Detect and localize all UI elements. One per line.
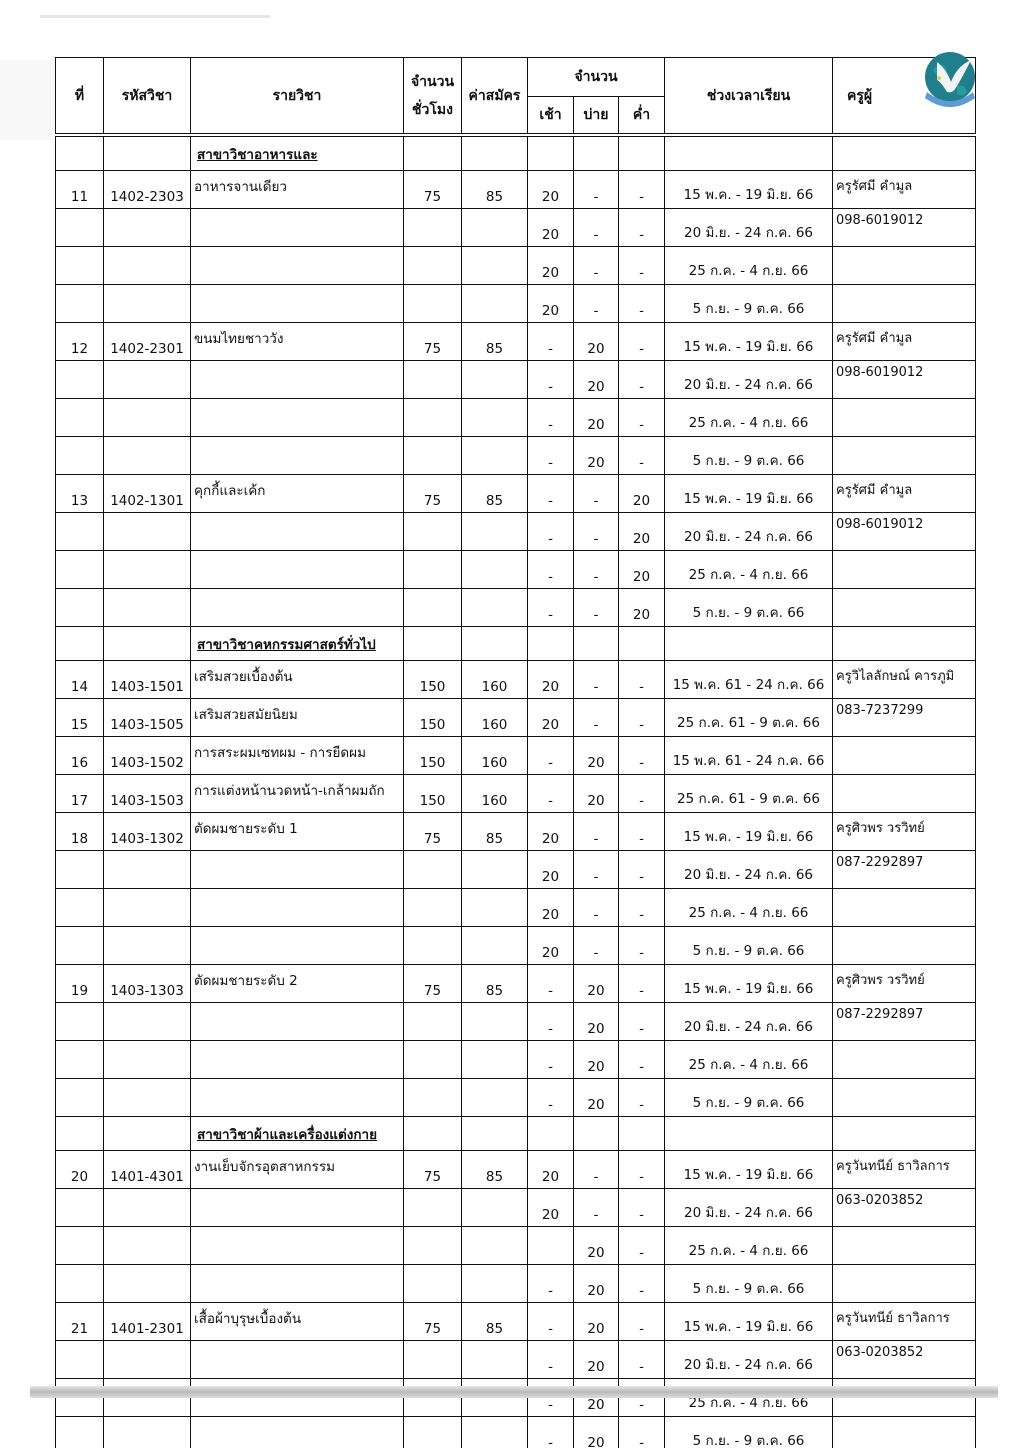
- cell-period: 20 มิ.ย. - 24 ก.ค. 66: [665, 513, 833, 551]
- course-sub-row: 20--20 มิ.ย. - 24 ก.ค. 66098-6019012: [56, 209, 976, 247]
- cell-afternoon: 20: [574, 1417, 619, 1448]
- cell-hours: [404, 209, 462, 247]
- cell-afternoon: -: [574, 699, 619, 737]
- cell-no: 19: [56, 965, 104, 1003]
- cell-hours: 150: [404, 699, 462, 737]
- cell-teacher: 063-0203852: [833, 1189, 976, 1227]
- cell-teacher: 083-7237299: [833, 699, 976, 737]
- cell-hours: [404, 1417, 462, 1448]
- course-schedule-table: ที่ รหัสวิชา รายวิชา จำนวน ชั่วโมง ค่าสม…: [55, 57, 976, 1448]
- cell-fee: [462, 1265, 528, 1303]
- cell-evening: -: [619, 1151, 665, 1189]
- cell-teacher: ครูวิไลลักษณ์ คารภูมิ: [833, 661, 976, 699]
- cell-empty: [665, 135, 833, 171]
- header-fee: ค่าสมัคร: [462, 58, 528, 136]
- cell-hours: [404, 437, 462, 475]
- course-row: 151403-1505เสริมสวยสมัยนิยม15016020--25 …: [56, 699, 976, 737]
- cell-code: 1402-1301: [104, 475, 191, 513]
- cell-code: [104, 627, 191, 661]
- cell-period: 5 ก.ย. - 9 ต.ค. 66: [665, 1265, 833, 1303]
- section-title: สาขาวิชาอาหารและ: [191, 135, 404, 171]
- cell-empty: [619, 627, 665, 661]
- cell-hours: [404, 1189, 462, 1227]
- cell-subject: เสื้อผ้าบุรุษเบื้องต้น: [191, 1303, 404, 1341]
- cell-afternoon: -: [574, 209, 619, 247]
- cell-evening: -: [619, 1265, 665, 1303]
- course-sub-row: -20-25 ก.ค. - 4 ก.ย. 66: [56, 399, 976, 437]
- cell-evening: -: [619, 247, 665, 285]
- cell-empty: [665, 627, 833, 661]
- cell-no: [56, 589, 104, 627]
- course-sub-row: 20--5 ก.ย. - 9 ต.ค. 66: [56, 927, 976, 965]
- cell-evening: -: [619, 813, 665, 851]
- course-schedule-sheet: ที่ รหัสวิชา รายวิชา จำนวน ชั่วโมง ค่าสม…: [55, 57, 975, 1448]
- cell-subject: [191, 927, 404, 965]
- cell-morning: 20: [528, 813, 574, 851]
- cell-subject: [191, 1227, 404, 1265]
- cell-afternoon: 20: [574, 775, 619, 813]
- cell-afternoon: -: [574, 927, 619, 965]
- cell-teacher: 087-2292897: [833, 851, 976, 889]
- cell-afternoon: 20: [574, 399, 619, 437]
- header-afternoon: บ่าย: [574, 97, 619, 136]
- cell-afternoon: -: [574, 551, 619, 589]
- cell-empty: [404, 627, 462, 661]
- cell-teacher: [833, 927, 976, 965]
- cell-subject: [191, 361, 404, 399]
- cell-hours: [404, 1341, 462, 1379]
- header-evening: ค่ำ: [619, 97, 665, 136]
- cell-no: [56, 1189, 104, 1227]
- cell-no: [56, 399, 104, 437]
- cell-morning: 20: [528, 889, 574, 927]
- cell-evening: -: [619, 737, 665, 775]
- cell-empty: [528, 627, 574, 661]
- cell-evening: -: [619, 1003, 665, 1041]
- section-row: สาขาวิชาอาหารและ: [56, 135, 976, 171]
- dove-globe-emblem-icon: [923, 40, 977, 118]
- cell-code: [104, 209, 191, 247]
- cell-hours: 75: [404, 323, 462, 361]
- cell-subject: [191, 889, 404, 927]
- cell-afternoon: 20: [574, 1341, 619, 1379]
- course-row: 131402-1301คุกกี้และเค้ก7585--2015 พ.ค. …: [56, 475, 976, 513]
- course-sub-row: 20--25 ก.ค. - 4 ก.ย. 66: [56, 247, 976, 285]
- cell-teacher: ครูรัศมี คำมูล: [833, 475, 976, 513]
- cell-fee: [462, 1227, 528, 1265]
- course-row: 171403-1503การแต่งหน้านวดหน้า-เกล้าผมถัก…: [56, 775, 976, 813]
- course-row: 141403-1501เสริมสวยเบื้องต้น15016020--15…: [56, 661, 976, 699]
- cell-code: 1402-2301: [104, 323, 191, 361]
- cell-fee: 85: [462, 1151, 528, 1189]
- cell-period: 5 ก.ย. - 9 ต.ค. 66: [665, 927, 833, 965]
- cell-empty: [404, 1117, 462, 1151]
- cell-period: 20 มิ.ย. - 24 ก.ค. 66: [665, 1003, 833, 1041]
- cell-evening: 20: [619, 513, 665, 551]
- cell-evening: -: [619, 699, 665, 737]
- cell-hours: [404, 285, 462, 323]
- cell-subject: [191, 1079, 404, 1117]
- course-sub-row: 20--5 ก.ย. - 9 ต.ค. 66: [56, 285, 976, 323]
- cell-teacher: 087-2292897: [833, 1003, 976, 1041]
- cell-morning: -: [528, 1341, 574, 1379]
- cell-evening: -: [619, 171, 665, 209]
- cell-code: 1403-1502: [104, 737, 191, 775]
- cell-hours: 75: [404, 813, 462, 851]
- cell-morning: [528, 1227, 574, 1265]
- cell-no: [56, 1003, 104, 1041]
- cell-evening: -: [619, 1227, 665, 1265]
- cell-no: [56, 361, 104, 399]
- cell-code: [104, 589, 191, 627]
- cell-no: 17: [56, 775, 104, 813]
- cell-no: 14: [56, 661, 104, 699]
- cell-period: 5 ก.ย. - 9 ต.ค. 66: [665, 1417, 833, 1448]
- cell-afternoon: -: [574, 247, 619, 285]
- cell-code: [104, 1079, 191, 1117]
- cell-no: [56, 1265, 104, 1303]
- cell-teacher: [833, 437, 976, 475]
- cell-empty: [574, 1117, 619, 1151]
- cell-morning: -: [528, 399, 574, 437]
- section-title: สาขาวิชาคหกรรมศาสตร์ทั่วไป: [191, 627, 404, 661]
- cell-evening: -: [619, 1041, 665, 1079]
- cell-teacher: ครูรัศมี คำมูล: [833, 323, 976, 361]
- course-sub-row: -20-25 ก.ค. - 4 ก.ย. 66: [56, 1041, 976, 1079]
- cell-evening: -: [619, 209, 665, 247]
- cell-no: [56, 437, 104, 475]
- cell-fee: 160: [462, 737, 528, 775]
- cell-period: 15 พ.ค. 61 - 24 ก.ค. 66: [665, 737, 833, 775]
- cell-afternoon: 20: [574, 437, 619, 475]
- cell-empty: [462, 135, 528, 171]
- course-sub-row: -20-5 ก.ย. - 9 ต.ค. 66: [56, 437, 976, 475]
- cell-evening: -: [619, 927, 665, 965]
- header-subject: รายวิชา: [191, 58, 404, 136]
- cell-afternoon: 20: [574, 1003, 619, 1041]
- cell-teacher: ครูวันทนีย์ ธาวิลการ: [833, 1151, 976, 1189]
- cell-hours: [404, 1079, 462, 1117]
- section-row: สาขาวิชาคหกรรมศาสตร์ทั่วไป: [56, 627, 976, 661]
- cell-teacher: ครูศิวพร วรวิทย์: [833, 965, 976, 1003]
- cell-no: [56, 135, 104, 171]
- cell-fee: [462, 399, 528, 437]
- scan-bottom-edge: [30, 1386, 998, 1398]
- cell-afternoon: -: [574, 589, 619, 627]
- cell-morning: 20: [528, 661, 574, 699]
- header-count: จำนวน: [528, 58, 665, 97]
- cell-afternoon: -: [574, 813, 619, 851]
- cell-hours: [404, 247, 462, 285]
- cell-morning: 20: [528, 171, 574, 209]
- cell-code: [104, 285, 191, 323]
- course-sub-row: 20--25 ก.ค. - 4 ก.ย. 66: [56, 889, 976, 927]
- cell-hours: 150: [404, 661, 462, 699]
- header-code: รหัสวิชา: [104, 58, 191, 136]
- cell-subject: การสระผมเซทผม - การยืดผม: [191, 737, 404, 775]
- cell-fee: [462, 1189, 528, 1227]
- cell-no: 13: [56, 475, 104, 513]
- cell-afternoon: -: [574, 851, 619, 889]
- cell-period: 20 มิ.ย. - 24 ก.ค. 66: [665, 1341, 833, 1379]
- cell-no: [56, 1227, 104, 1265]
- course-row: 191403-1303ตัดผมชายระดับ 27585-20-15 พ.ค…: [56, 965, 976, 1003]
- cell-code: [104, 1227, 191, 1265]
- cell-no: [56, 551, 104, 589]
- cell-subject: ตัดผมชายระดับ 2: [191, 965, 404, 1003]
- cell-morning: 20: [528, 1151, 574, 1189]
- cell-code: [104, 927, 191, 965]
- cell-teacher: ครูวันทนีย์ ธาวิลการ: [833, 1303, 976, 1341]
- cell-teacher: ครูศิวพร วรวิทย์: [833, 813, 976, 851]
- cell-teacher: [833, 589, 976, 627]
- cell-evening: -: [619, 661, 665, 699]
- cell-morning: -: [528, 1079, 574, 1117]
- cell-no: 21: [56, 1303, 104, 1341]
- cell-teacher: 098-6019012: [833, 513, 976, 551]
- cell-period: 25 ก.ค. 61 - 9 ต.ค. 66: [665, 775, 833, 813]
- cell-teacher: [833, 1265, 976, 1303]
- cell-fee: 85: [462, 813, 528, 851]
- header-hours-line1: จำนวน: [404, 71, 461, 93]
- cell-hours: 75: [404, 1151, 462, 1189]
- course-row: 111402-2303อาหารจานเดียว758520--15 พ.ค. …: [56, 171, 976, 209]
- cell-period: 25 ก.ค. - 4 ก.ย. 66: [665, 551, 833, 589]
- course-sub-row: -20-20 มิ.ย. - 24 ก.ค. 66087-2292897: [56, 1003, 976, 1041]
- cell-fee: [462, 1079, 528, 1117]
- header-hours: จำนวน ชั่วโมง: [404, 58, 462, 136]
- cell-morning: 20: [528, 699, 574, 737]
- course-sub-row: 20--20 มิ.ย. - 24 ก.ค. 66087-2292897: [56, 851, 976, 889]
- cell-hours: [404, 1265, 462, 1303]
- header-hours-line2: ชั่วโมง: [404, 99, 461, 121]
- cell-hours: [404, 551, 462, 589]
- course-row: 161403-1502การสระผมเซทผม - การยืดผม15016…: [56, 737, 976, 775]
- cell-code: 1403-1501: [104, 661, 191, 699]
- cell-morning: -: [528, 1003, 574, 1041]
- cell-fee: [462, 589, 528, 627]
- cell-code: [104, 361, 191, 399]
- cell-no: [56, 285, 104, 323]
- cell-empty: [833, 1117, 976, 1151]
- cell-evening: -: [619, 1189, 665, 1227]
- course-sub-row: --2025 ก.ค. - 4 ก.ย. 66: [56, 551, 976, 589]
- scan-artifact-top: [40, 15, 270, 18]
- cell-afternoon: -: [574, 889, 619, 927]
- cell-no: [56, 1079, 104, 1117]
- course-row: 201401-4301งานเย็บจักรอุตสาหกรรม758520--…: [56, 1151, 976, 1189]
- cell-evening: -: [619, 1303, 665, 1341]
- cell-afternoon: -: [574, 1189, 619, 1227]
- cell-subject: เสริมสวยเบื้องต้น: [191, 661, 404, 699]
- cell-empty: [619, 135, 665, 171]
- cell-empty: [462, 1117, 528, 1151]
- cell-no: [56, 851, 104, 889]
- cell-morning: -: [528, 475, 574, 513]
- cell-empty: [528, 135, 574, 171]
- cell-fee: 85: [462, 965, 528, 1003]
- cell-morning: -: [528, 513, 574, 551]
- cell-empty: [574, 135, 619, 171]
- cell-morning: -: [528, 1265, 574, 1303]
- cell-hours: 150: [404, 737, 462, 775]
- cell-period: 25 ก.ค. - 4 ก.ย. 66: [665, 399, 833, 437]
- cell-teacher: [833, 399, 976, 437]
- cell-evening: 20: [619, 475, 665, 513]
- cell-hours: [404, 361, 462, 399]
- section-row: สาขาวิชาผ้าและเครื่องแต่งกาย: [56, 1117, 976, 1151]
- cell-hours: 75: [404, 1303, 462, 1341]
- cell-period: 15 พ.ค. - 19 มิ.ย. 66: [665, 813, 833, 851]
- cell-evening: -: [619, 1417, 665, 1448]
- cell-afternoon: -: [574, 1151, 619, 1189]
- course-sub-row: -20-5 ก.ย. - 9 ต.ค. 66: [56, 1079, 976, 1117]
- cell-fee: [462, 1041, 528, 1079]
- cell-evening: -: [619, 851, 665, 889]
- cell-morning: -: [528, 965, 574, 1003]
- cell-teacher: [833, 1227, 976, 1265]
- cell-morning: 20: [528, 209, 574, 247]
- cell-teacher: [833, 285, 976, 323]
- cell-hours: [404, 927, 462, 965]
- cell-morning: 20: [528, 851, 574, 889]
- cell-fee: [462, 437, 528, 475]
- cell-morning: -: [528, 775, 574, 813]
- cell-afternoon: -: [574, 513, 619, 551]
- cell-period: 20 มิ.ย. - 24 ก.ค. 66: [665, 1189, 833, 1227]
- cell-hours: 75: [404, 475, 462, 513]
- cell-no: [56, 1117, 104, 1151]
- cell-subject: [191, 1265, 404, 1303]
- cell-afternoon: 20: [574, 965, 619, 1003]
- cell-fee: [462, 247, 528, 285]
- cell-fee: [462, 285, 528, 323]
- cell-afternoon: 20: [574, 323, 619, 361]
- cell-afternoon: 20: [574, 361, 619, 399]
- course-row: 211401-2301เสื้อผ้าบุรุษเบื้องต้น7585-20…: [56, 1303, 976, 1341]
- cell-hours: 75: [404, 171, 462, 209]
- cell-fee: 85: [462, 171, 528, 209]
- cell-hours: 150: [404, 775, 462, 813]
- cell-evening: -: [619, 889, 665, 927]
- cell-fee: [462, 361, 528, 399]
- cell-fee: [462, 927, 528, 965]
- course-sub-row: --2020 มิ.ย. - 24 ก.ค. 66098-6019012: [56, 513, 976, 551]
- cell-fee: [462, 1341, 528, 1379]
- cell-period: 15 พ.ค. - 19 มิ.ย. 66: [665, 1151, 833, 1189]
- cell-hours: [404, 851, 462, 889]
- cell-period: 15 พ.ค. - 19 มิ.ย. 66: [665, 171, 833, 209]
- cell-evening: -: [619, 399, 665, 437]
- cell-hours: [404, 399, 462, 437]
- cell-subject: [191, 1341, 404, 1379]
- cell-afternoon: -: [574, 171, 619, 209]
- cell-code: [104, 1417, 191, 1448]
- cell-fee: [462, 1003, 528, 1041]
- cell-subject: [191, 551, 404, 589]
- cell-code: [104, 1341, 191, 1379]
- cell-fee: [462, 551, 528, 589]
- cell-fee: [462, 1417, 528, 1448]
- cell-afternoon: 20: [574, 1079, 619, 1117]
- cell-subject: เสริมสวยสมัยนิยม: [191, 699, 404, 737]
- cell-empty: [833, 135, 976, 171]
- cell-evening: 20: [619, 589, 665, 627]
- cell-empty: [462, 627, 528, 661]
- cell-teacher: [833, 889, 976, 927]
- cell-subject: คุกกี้และเค้ก: [191, 475, 404, 513]
- cell-no: 15: [56, 699, 104, 737]
- cell-hours: [404, 589, 462, 627]
- cell-subject: [191, 1189, 404, 1227]
- cell-hours: [404, 1227, 462, 1265]
- cell-no: [56, 627, 104, 661]
- cell-hours: 75: [404, 965, 462, 1003]
- cell-afternoon: 20: [574, 1227, 619, 1265]
- cell-empty: [665, 1117, 833, 1151]
- cell-code: [104, 513, 191, 551]
- cell-teacher: [833, 1417, 976, 1448]
- cell-no: [56, 889, 104, 927]
- cell-empty: [528, 1117, 574, 1151]
- cell-empty: [574, 627, 619, 661]
- cell-hours: [404, 1041, 462, 1079]
- course-sub-row: -20-20 มิ.ย. - 24 ก.ค. 66098-6019012: [56, 361, 976, 399]
- cell-no: 16: [56, 737, 104, 775]
- cell-fee: 85: [462, 1303, 528, 1341]
- scan-artifact-left: [0, 60, 55, 140]
- cell-subject: [191, 209, 404, 247]
- cell-code: 1402-2303: [104, 171, 191, 209]
- cell-period: 5 ก.ย. - 9 ต.ค. 66: [665, 1079, 833, 1117]
- cell-fee: 160: [462, 775, 528, 813]
- cell-fee: [462, 889, 528, 927]
- cell-period: 15 พ.ค. - 19 มิ.ย. 66: [665, 475, 833, 513]
- cell-evening: -: [619, 285, 665, 323]
- cell-period: 15 พ.ค. - 19 มิ.ย. 66: [665, 965, 833, 1003]
- cell-fee: [462, 513, 528, 551]
- course-row: 121402-2301ขนมไทยชาววัง7585-20-15 พ.ค. -…: [56, 323, 976, 361]
- cell-teacher: 098-6019012: [833, 209, 976, 247]
- cell-morning: -: [528, 1041, 574, 1079]
- cell-no: [56, 1341, 104, 1379]
- cell-afternoon: -: [574, 661, 619, 699]
- cell-code: [104, 1003, 191, 1041]
- cell-teacher: [833, 247, 976, 285]
- cell-subject: [191, 1417, 404, 1448]
- header-morning: เช้า: [528, 97, 574, 136]
- cell-subject: [191, 399, 404, 437]
- cell-empty: [404, 135, 462, 171]
- cell-morning: 20: [528, 927, 574, 965]
- cell-no: [56, 1417, 104, 1448]
- cell-period: 5 ก.ย. - 9 ต.ค. 66: [665, 285, 833, 323]
- course-row: 181403-1302ตัดผมชายระดับ 1758520--15 พ.ค…: [56, 813, 976, 851]
- cell-code: [104, 1265, 191, 1303]
- cell-no: [56, 247, 104, 285]
- cell-period: 5 ก.ย. - 9 ต.ค. 66: [665, 437, 833, 475]
- cell-afternoon: 20: [574, 1265, 619, 1303]
- cell-no: 18: [56, 813, 104, 851]
- cell-morning: -: [528, 361, 574, 399]
- cell-morning: 20: [528, 247, 574, 285]
- cell-afternoon: -: [574, 475, 619, 513]
- cell-subject: [191, 1041, 404, 1079]
- cell-empty: [619, 1117, 665, 1151]
- cell-morning: -: [528, 551, 574, 589]
- cell-period: 25 ก.ค. - 4 ก.ย. 66: [665, 1227, 833, 1265]
- cell-morning: -: [528, 737, 574, 775]
